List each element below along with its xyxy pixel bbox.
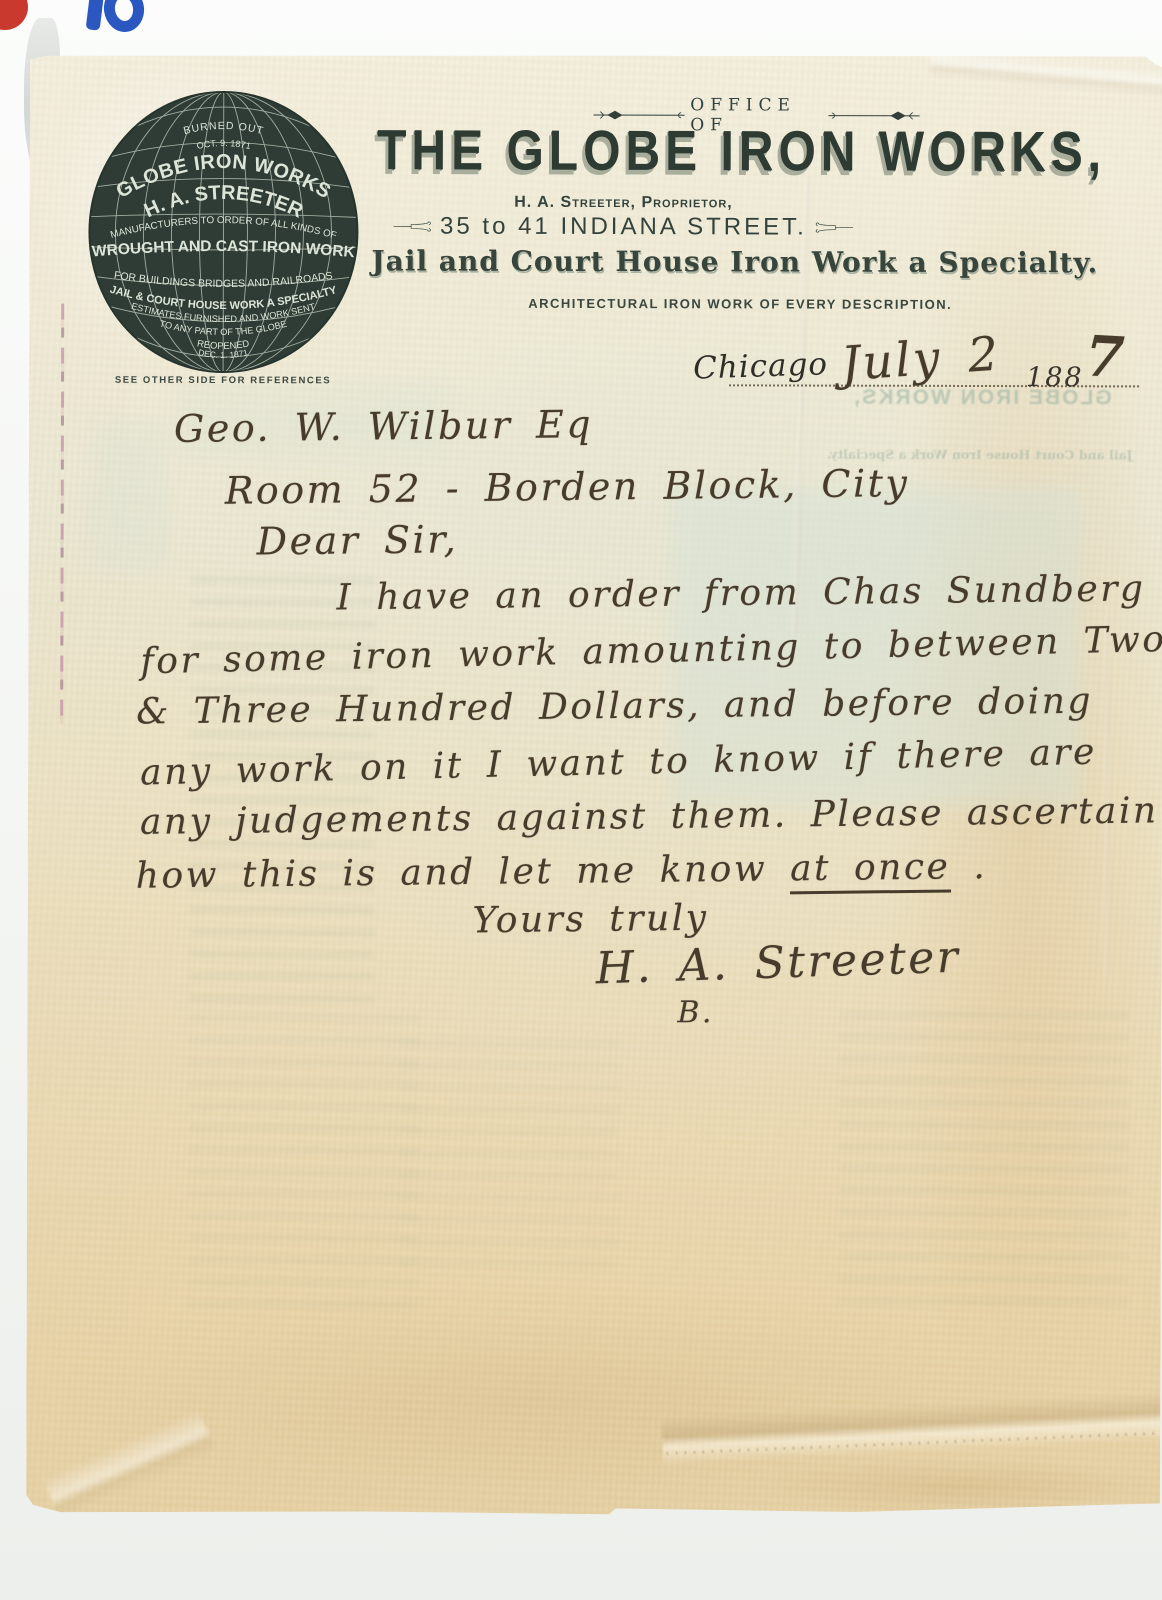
bottom-fold-crease xyxy=(661,1378,1162,1476)
letter-sheet: GLOBE IRON WORKS, Jail and Court House I… xyxy=(26,54,1162,1517)
signature: H. A. Streeter xyxy=(595,932,961,995)
dateline-year-handwritten: 7 xyxy=(1083,323,1128,391)
salutation-line: Dear Sir, xyxy=(256,517,458,563)
showthrough-block-left xyxy=(95,424,167,569)
globe-engraving-icon: BURNED OUT OCT. 9. 1871 GLOBE IRON WORKS… xyxy=(87,90,360,375)
red-corner-mark xyxy=(0,0,28,30)
recipient-address-line: Room 52 - Borden Block, City xyxy=(225,461,910,513)
corner-crease xyxy=(929,49,1162,96)
tagline: ARCHITECTURAL IRON WORK OF EVERY DESCRIP… xyxy=(520,296,960,312)
street-address-line: 35 to 41 INDIANA STREET. xyxy=(393,212,853,241)
at-once-emphasis: at once xyxy=(790,847,951,895)
signature-initial: B. xyxy=(677,995,714,1030)
flourish-icon xyxy=(393,217,434,235)
dateline-handwritten-date: July 2 xyxy=(839,327,1002,393)
dateline-year-printed: 188 xyxy=(1026,362,1084,393)
body-line-6: how this is and let me know at once . xyxy=(136,846,988,897)
showthrough-text-column xyxy=(399,1039,620,1280)
blue-corner-mark-bar xyxy=(86,0,105,31)
body-line-6-period: . xyxy=(950,846,987,887)
showthrough-text-column xyxy=(189,1014,420,1315)
proprietor-line: H. A. Streeter, Proprietor, xyxy=(464,194,784,213)
pink-margin-line xyxy=(60,304,64,724)
blue-corner-mark-ring xyxy=(101,0,147,35)
company-name: THE GLOBE IRON WORKS, xyxy=(330,118,1154,185)
dateline-city: Chicago xyxy=(693,346,829,386)
globe-caption: SEE OTHER SIDE FOR REFERENCES xyxy=(79,375,367,387)
corner-crease xyxy=(42,1409,216,1520)
showthrough-text-column xyxy=(839,1011,1130,1312)
scanned-letter-page: { "letterhead": { "office_of": "OFFICE O… xyxy=(0,0,1162,1600)
street-address-label: 35 to 41 INDIANA STREET. xyxy=(440,213,807,242)
recipient-line: Geo. W. Wilbur Eq xyxy=(174,402,594,451)
showthrough-mirrored-specialty: Jail and Court House Iron Work a Special… xyxy=(825,447,1135,463)
specialty-line: Jail and Court House Iron Work a Special… xyxy=(371,244,1071,279)
globe-logo: BURNED OUT OCT. 9. 1871 GLOBE IRON WORKS… xyxy=(87,90,360,375)
body-line-6-text: how this is and let me know xyxy=(136,848,791,896)
flourish-icon xyxy=(813,219,854,237)
closing-line: Yours truly xyxy=(472,898,708,942)
